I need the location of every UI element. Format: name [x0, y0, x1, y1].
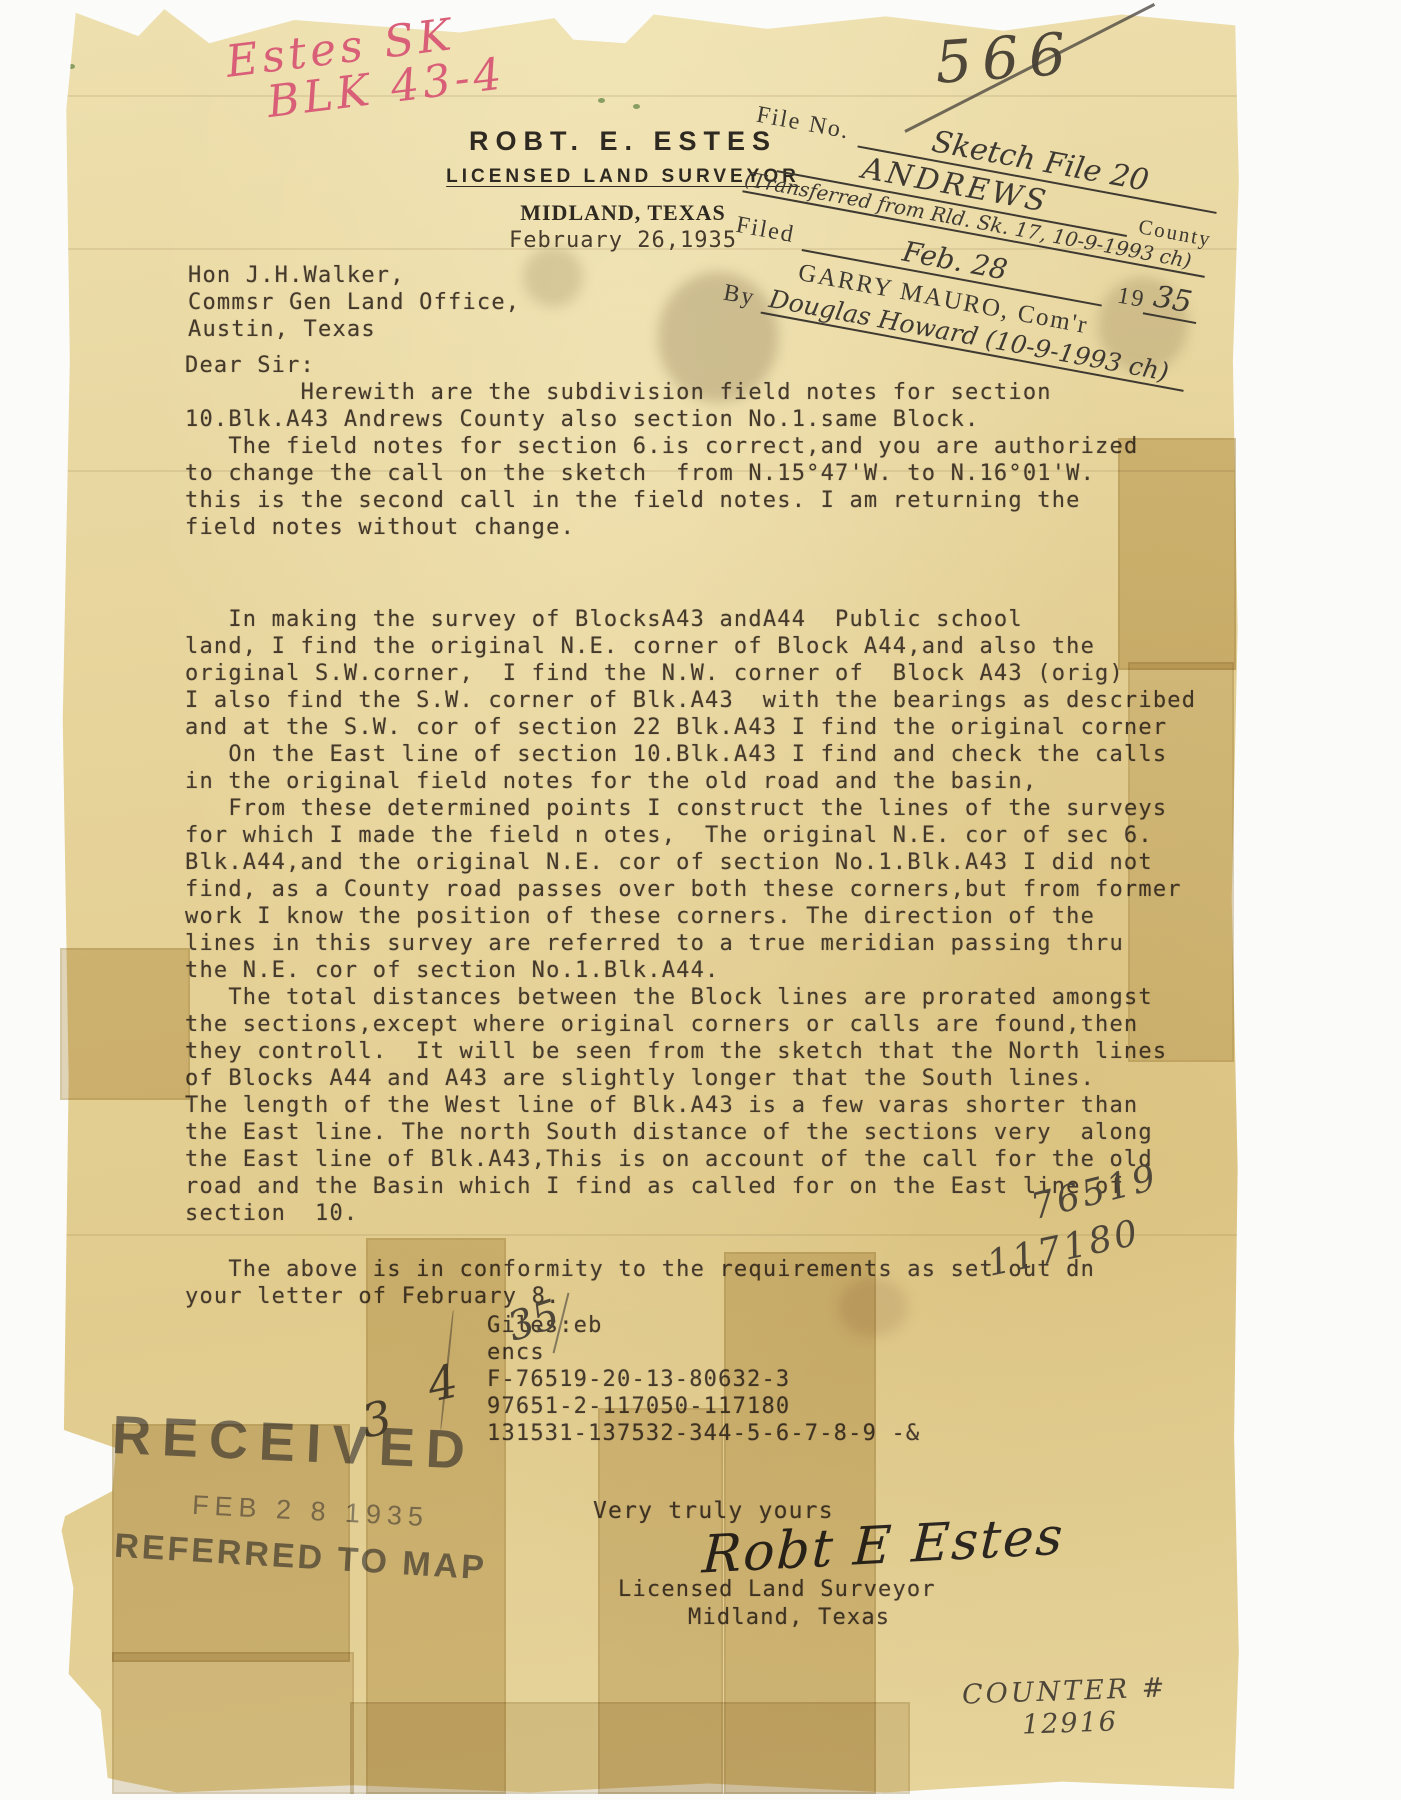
filed-label: Filed: [734, 212, 797, 249]
year-handwritten: 35: [1143, 278, 1203, 324]
green-speck: [633, 104, 640, 109]
counter-number: 12916: [1021, 1706, 1118, 1740]
ink-smudge: [523, 247, 583, 307]
by-label: By: [721, 280, 757, 312]
tape-patch: [350, 1702, 910, 1794]
green-speck: [68, 64, 75, 69]
tape-patch: [60, 948, 190, 1100]
salutation: Dear Sir:: [185, 352, 315, 379]
recipient-address: Hon J.H.Walker, Commsr Gen Land Office, …: [188, 262, 520, 343]
body-paragraph-intro: Herewith are the subdivision field notes…: [185, 379, 1215, 541]
tape-patch: [112, 1652, 354, 1794]
tape-patch: [1118, 438, 1236, 670]
pencil-number-566: 566: [933, 19, 1078, 97]
tape-patch: [1128, 662, 1234, 1062]
green-speck: [598, 98, 605, 103]
scanned-letter-page: Estes SK BLK 43-4 566 ROBT. E. ESTES LIC…: [0, 0, 1401, 1800]
tape-patch: [112, 1424, 350, 1662]
body-paragraph-main: In making the survey of BlocksA43 andA44…: [185, 606, 1225, 1227]
